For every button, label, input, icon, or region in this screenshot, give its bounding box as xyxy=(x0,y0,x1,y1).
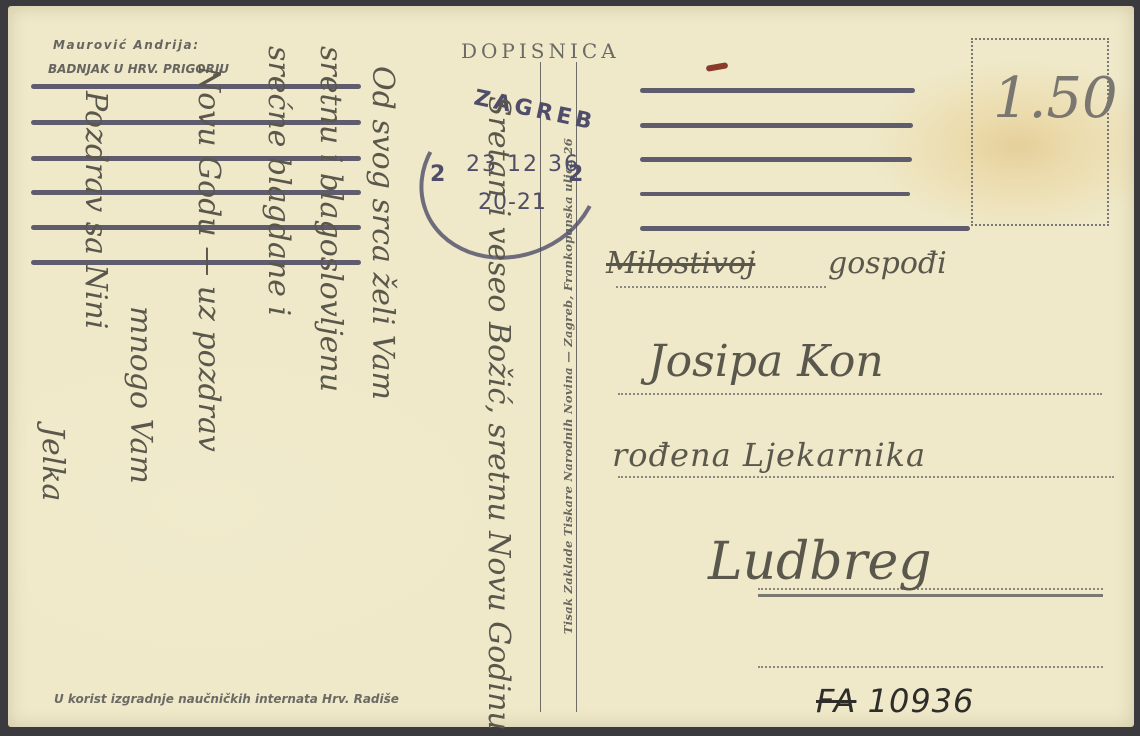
message-line: sretnu i blagoslovljenu xyxy=(313,46,348,392)
message-line: Sretan i veseo Božić, sretnu Novu Godinu xyxy=(481,96,516,731)
footer-text: U korist izgradnje naučničkih internata … xyxy=(54,692,399,706)
message-line: Novu Godu — uz pozdrav xyxy=(191,66,226,452)
message-line: Od svog srca želi Vam xyxy=(365,66,400,400)
recipient-town: Ludbreg xyxy=(708,532,932,592)
card-type-heading: DOPISNICA xyxy=(461,39,620,63)
address-salutation: gospođi xyxy=(828,246,947,281)
red-ink-mark xyxy=(706,62,729,72)
cancel-bar xyxy=(640,123,913,128)
address-line xyxy=(618,476,1114,478)
message-line: mnogo Vam xyxy=(123,306,158,484)
address-line xyxy=(616,286,826,288)
postcard: Maurović Andrija: BADNJAK U HRV. PRIGORJ… xyxy=(8,6,1134,727)
postmark-office-left: 2 xyxy=(430,162,445,187)
address-line xyxy=(618,393,1102,395)
archive-number: FA 10936 xyxy=(816,682,974,720)
address-salutation-struck: Milostivoj xyxy=(606,246,755,281)
postmark-office-right: 2 xyxy=(568,162,583,187)
archive-id: 10936 xyxy=(868,682,975,720)
message-line: srećne blagdane i xyxy=(261,46,296,316)
message-signature: Jelka xyxy=(35,426,70,501)
cancel-bar xyxy=(640,88,915,93)
author-label: Maurović Andrija: xyxy=(53,38,200,52)
message-line: Pozdrav sa Nini xyxy=(78,91,113,329)
cancel-bar xyxy=(640,192,910,196)
cancel-bar xyxy=(640,157,912,162)
address-line xyxy=(758,666,1103,668)
archive-prefix: FA xyxy=(816,682,856,720)
address-underline xyxy=(758,594,1103,597)
pencil-price: 1.50 xyxy=(993,66,1118,131)
recipient-name: Josipa Kon xyxy=(648,336,884,387)
cancel-bar xyxy=(640,226,970,231)
recipient-description: rođena Ljekarnika xyxy=(612,436,926,474)
